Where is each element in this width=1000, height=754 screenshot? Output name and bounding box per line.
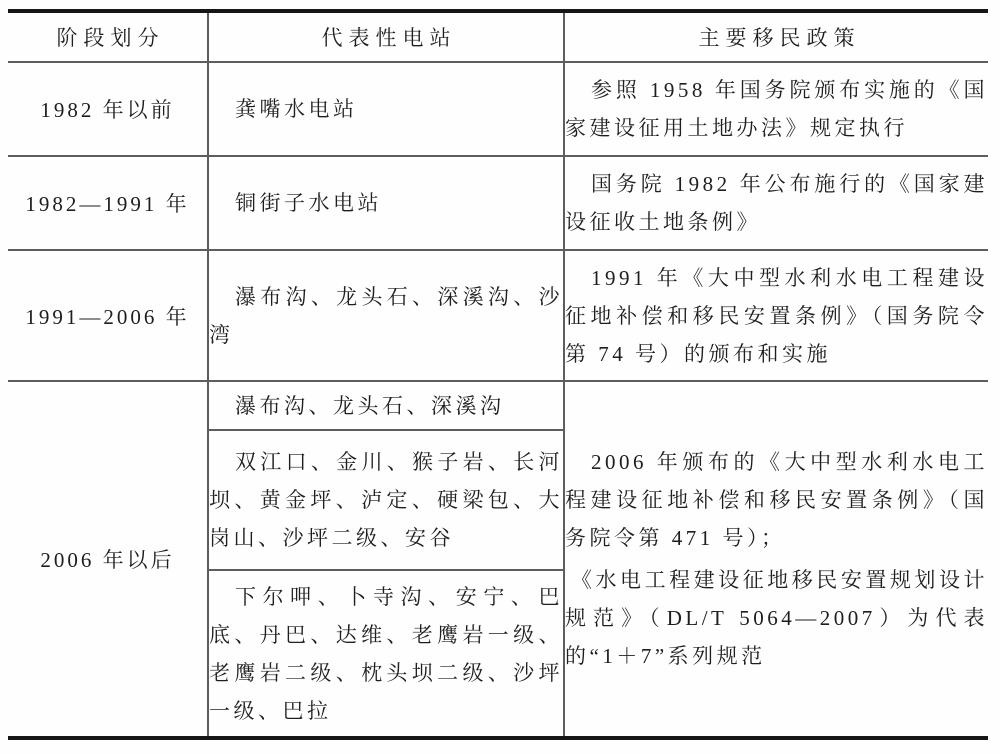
header-row: 阶段划分 代表性电站 主要移民政策 xyxy=(8,11,988,62)
phase-cell: 1982—1991 年 xyxy=(8,156,208,250)
table-row-1982-1991: 1982—1991 年 铜街子水电站 国务院 1982 年公布施行的《国家建设征… xyxy=(8,156,988,250)
stations-text: 瀑布沟、龙头石、深溪沟 xyxy=(209,387,563,425)
stations-cell: 双江口、金川、猴子岩、长河坝、黄金坪、泸定、硬梁包、大岗山、沙坪二级、安谷 xyxy=(208,430,564,570)
policy-cell: 国务院 1982 年公布施行的《国家建设征收土地条例》 xyxy=(564,156,988,250)
stations-cell: 瀑布沟、龙头石、深溪沟、沙湾 xyxy=(208,250,564,381)
policy-cell: 2006 年颁布的《大中型水利水电工程建设征地补偿和移民安置条例》（国务院令第 … xyxy=(564,381,988,738)
stations-text: 下尔呷、卜寺沟、安宁、巴底、丹巴、达维、老鹰岩一级、老鹰岩二级、枕头坝二级、沙坪… xyxy=(209,578,563,730)
policy-cell: 参照 1958 年国务院颁布实施的《国家建设征用土地办法》规定执行 xyxy=(564,62,988,156)
table-row-pre-1982: 1982 年以前 龚嘴水电站 参照 1958 年国务院颁布实施的《国家建设征用土… xyxy=(8,62,988,156)
stations-text: 铜街子水电站 xyxy=(209,184,563,222)
policy-cell: 1991 年《大中型水利水电工程建设征地补偿和移民安置条例》（国务院令第 74 … xyxy=(564,250,988,381)
stations-cell: 瀑布沟、龙头石、深溪沟 xyxy=(208,381,564,430)
phase-cell: 2006 年以后 xyxy=(8,381,208,738)
table-row-post-2006-sub1: 2006 年以后 瀑布沟、龙头石、深溪沟 2006 年颁布的《大中型水利水电工程… xyxy=(8,381,988,430)
phase-cell: 1982 年以前 xyxy=(8,62,208,156)
stations-cell: 龚嘴水电站 xyxy=(208,62,564,156)
stations-text: 双江口、金川、猴子岩、长河坝、黄金坪、泸定、硬梁包、大岗山、沙坪二级、安谷 xyxy=(209,443,563,557)
policy-paragraph: 国务院 1982 年公布施行的《国家建设征收土地条例》 xyxy=(565,165,988,241)
phase-cell: 1991—2006 年 xyxy=(8,250,208,381)
col-header-phase: 阶段划分 xyxy=(8,11,208,62)
policy-paragraph: 《水电工程建设征地移民安置规划设计规范》（DL/T 5064—2007）为代表的… xyxy=(565,561,988,675)
col-header-stations: 代表性电站 xyxy=(208,11,564,62)
stations-cell: 下尔呷、卜寺沟、安宁、巴底、丹巴、达维、老鹰岩一级、老鹰岩二级、枕头坝二级、沙坪… xyxy=(208,570,564,738)
policy-paragraph: 1991 年《大中型水利水电工程建设征地补偿和移民安置条例》（国务院令第 74 … xyxy=(565,259,988,373)
policy-paragraph: 2006 年颁布的《大中型水利水电工程建设征地补偿和移民安置条例》（国务院令第 … xyxy=(565,443,988,557)
policy-paragraph: 参照 1958 年国务院颁布实施的《国家建设征用土地办法》规定执行 xyxy=(565,71,988,147)
resettlement-policy-table: 阶段划分 代表性电站 主要移民政策 1982 年以前 龚嘴水电站 参照 1958… xyxy=(8,9,988,740)
stations-text: 瀑布沟、龙头石、深溪沟、沙湾 xyxy=(209,278,563,354)
scanned-document-page: 阶段划分 代表性电站 主要移民政策 1982 年以前 龚嘴水电站 参照 1958… xyxy=(0,0,1000,754)
stations-text: 龚嘴水电站 xyxy=(209,90,563,128)
table-row-1991-2006: 1991—2006 年 瀑布沟、龙头石、深溪沟、沙湾 1991 年《大中型水利水… xyxy=(8,250,988,381)
stations-cell: 铜街子水电站 xyxy=(208,156,564,250)
col-header-policy: 主要移民政策 xyxy=(564,11,988,62)
